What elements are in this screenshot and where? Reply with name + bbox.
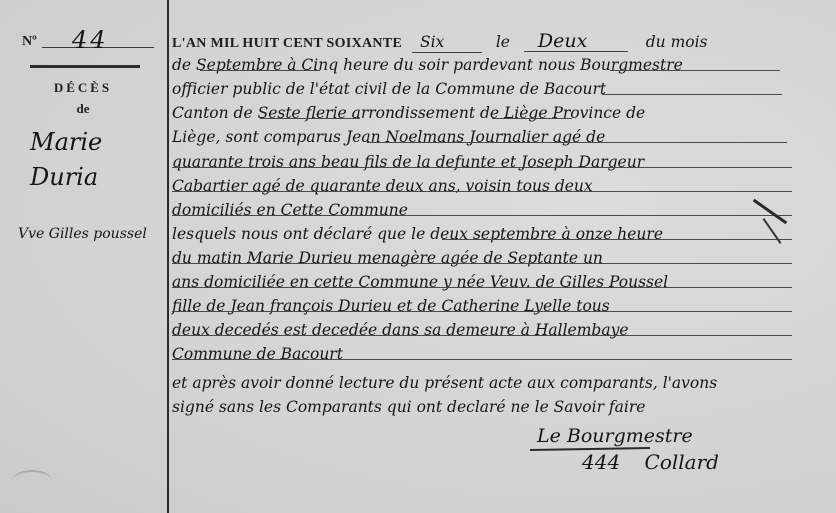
blank-rule [172,359,792,360]
handwritten-du-mois: du mois [646,33,708,51]
signature-name: Collard [645,450,719,474]
record-line-15: signé sans les Comparants qui ont declar… [172,395,645,419]
blank-rule [442,239,792,240]
ink-mark [753,199,787,224]
signature-bourgmestre: Le Bourgmestre [537,425,693,447]
margin-divider-rule [30,65,140,68]
section-title: DÉCÈS [0,80,166,96]
record-line-2: officier public de l'état civil de la Co… [172,77,606,101]
handwritten-day: Deux [524,31,628,52]
record-line-9: du matin Marie Durieu menagère agée de S… [172,246,603,270]
record-line-11: fille de Jean françois Durieu et de Cath… [172,294,610,318]
blank-rule [260,118,360,119]
blank-rule [172,287,792,288]
record-line-0: L'AN MIL HUIT CENT SOIXANTE Six le Deux … [172,30,708,54]
signature-mark: 444 [582,450,620,474]
blank-rule [602,94,782,95]
deceased-last-name: Duria [30,163,98,191]
blank-rule [172,167,792,168]
blank-rule [172,335,792,336]
record-line-10: ans domiciliée en cette Commune y née Ve… [172,270,668,294]
margin-column: Nº 44 DÉCÈS de Marie Duria Vve Gilles po… [0,0,166,513]
ink-mark [763,218,782,244]
signature-collard: 444 Collard [582,450,719,474]
record-number-label: Nº [22,34,37,50]
margin-annotation: Vve Gilles poussel [18,226,147,242]
record-body: L'AN MIL HUIT CENT SOIXANTE Six le Deux … [172,0,836,513]
record-line-3: Canton de Seste flerie arrondissement de… [172,101,645,125]
record-line-14: et après avoir donné lecture du présent … [172,371,717,395]
record-line-12: deux decedés est decedée dans sa demeure… [172,318,629,342]
deceased-first-name: Marie [30,128,102,156]
handwritten-le: le [496,33,510,51]
blank-rule [172,215,792,216]
blank-rule [172,311,792,312]
blank-rule [200,70,320,71]
record-line-8: lesquels nous ont déclaré que le deux se… [172,222,663,246]
record-line-6: Cabartier agé de quarante deux ans, vois… [172,174,593,198]
printed-year-header: L'AN MIL HUIT CENT SOIXANTE [172,36,402,51]
column-divider [167,0,169,513]
record-line-7: domiciliés en Cette Commune [172,198,408,222]
record-number-value: 44 [72,26,109,54]
record-number-row: Nº 44 [22,30,157,52]
handwritten-year: Six [412,32,482,53]
blank-rule [492,118,572,119]
section-of: de [0,101,166,117]
record-line-5: quarante trois ans beau fils de la defun… [172,150,644,174]
blank-rule [610,70,780,71]
record-line-4: Liège, sont comparus Jean Noelmans Journ… [172,125,605,149]
blank-rule [367,142,787,143]
record-line-1: de Septembre à Cinq heure du soir pardev… [172,53,683,77]
blank-rule [172,263,792,264]
record-line-13: Commune de Bacourt [172,342,343,366]
scanned-document-page: Nº 44 DÉCÈS de Marie Duria Vve Gilles po… [0,0,836,513]
blank-rule [172,191,792,192]
